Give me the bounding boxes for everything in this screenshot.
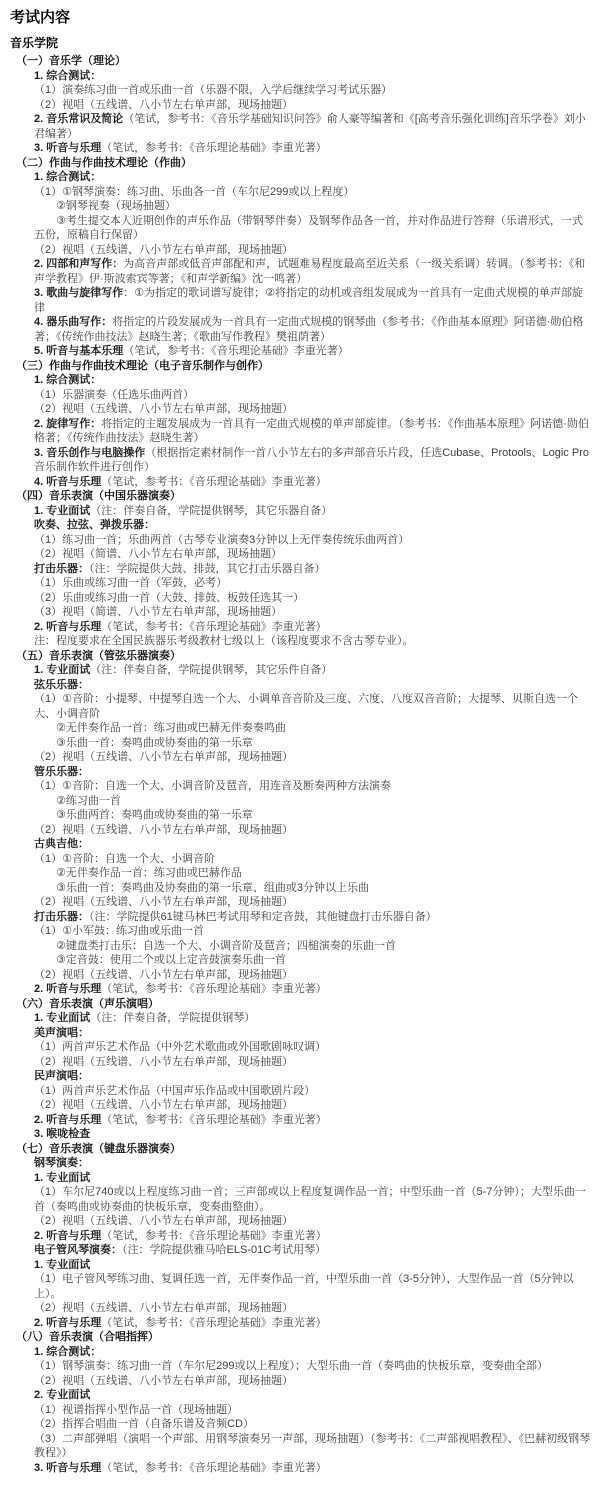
doc-line: （2）视唱（五线谱、八小节左右单声部，现场抽题）: [34, 1055, 592, 1070]
text-run: （1）两首声乐艺术作品（中国声乐作品或中国歌剧片段）: [34, 1085, 315, 1097]
doc-line: 古典吉他：: [34, 837, 592, 852]
doc-line: 2. 听音与乐理（笔试，参考书：《音乐理论基础》李重光著）: [34, 1316, 592, 1331]
section-heading: （二）作曲与作曲技术理论（作曲）: [16, 156, 592, 171]
text-run: （3）视唱（简谱、八小节左右单声部，现场抽题）: [34, 606, 282, 618]
doc-line: （1）①小军鼓：练习曲或乐曲一首: [34, 924, 592, 939]
bold-text-run: 民声演唱：: [34, 1070, 89, 1082]
text-run: （2）视唱（五线谱、八小节左右单声部，现场抽题）: [34, 969, 293, 981]
text-run: 注：程度要求在全国民族器乐考级教材七级以上（该程度要求不含古琴专业）。: [34, 635, 414, 647]
doc-line: （1）练习曲一首；乐曲两首（古琴专业演奏3分钟以上无伴奏传统乐曲两首）: [34, 533, 592, 548]
text-run: （注：伴奏自备，学院提供钢琴，其它乐件自备）: [90, 664, 332, 676]
bold-text-run: 3. 喉咙检查: [34, 1128, 90, 1140]
section-heading: （三）作曲与作曲技术理论（电子音乐制作与创作）: [16, 359, 592, 374]
doc-line: （1）钢琴演奏：练习曲一首（车尔尼299或以上程度）；大型乐曲一首（奏鸣曲的快板…: [34, 1359, 592, 1374]
text-run: （2）指挥合唱曲一首（自备乐谱及音频CD）: [34, 1418, 254, 1430]
text-run: （注：伴奏自备，学院提供钢琴，其它乐器自备）: [90, 505, 332, 517]
text-run: （1）①小军鼓：练习曲或乐曲一首: [34, 925, 204, 937]
bold-text-run: 4. 听音与乐理: [34, 476, 101, 488]
text-run: （2）视唱（五线谱、八小节左右单声部，现场抽题）: [34, 1302, 293, 1314]
bold-text-run: 2. 音乐常识及简论: [34, 113, 123, 125]
doc-line: 打击乐器：（注：学院提供61键马林巴考试用琴和定音鼓，其他键盘打击乐器自备）: [34, 910, 592, 925]
bold-text-run: 钢琴演奏：: [34, 1157, 89, 1169]
doc-line: （2）视唱（五线谱、八小节左右单声部，现场抽题）: [34, 402, 592, 417]
text-run: （2）视唱（五线谱、八小节左右单声部，现场抽题）: [34, 244, 293, 256]
bold-text-run: 打击乐器：: [34, 911, 89, 923]
text-run: （3）二声部弹唱（演唱一个声部、用钢琴演奏另一声部，现场抽题）（参考书：《二声部…: [34, 1433, 590, 1460]
doc-line: 管乐乐器：: [34, 765, 592, 780]
doc-line: （1）乐曲或练习曲一首（军鼓，必考）: [34, 576, 592, 591]
bold-text-run: 1. 综合测试：: [34, 70, 101, 82]
doc-line: （2）指挥合唱曲一首（自备乐谱及音频CD）: [34, 1417, 592, 1432]
bold-text-run: 1. 专业面试: [34, 1259, 90, 1271]
doc-line: 1. 综合测试：: [34, 1345, 592, 1360]
doc-line: （2）视唱（五线谱、八小节左右单声部，现场抽题）: [34, 243, 592, 258]
doc-line: 钢琴演奏：: [34, 1156, 592, 1171]
bold-text-run: 2. 专业面试: [34, 1389, 90, 1401]
doc-subline: ③定音鼓：使用二个或以上定音鼓演奏乐曲一首: [34, 953, 592, 968]
text-run: （笔试，参考书：《音乐理论基础》李重光著）: [101, 1114, 327, 1126]
doc-line: 5. 听音与基本乐理（笔试，参考书：《音乐理论基础》李重光著）: [34, 344, 592, 359]
doc-line: （1）乐器演奏（任选乐曲两首）: [34, 388, 592, 403]
doc-line: 2. 专业面试: [34, 1388, 592, 1403]
text-run: （1）车尔尼740或以上程度练习曲一首；三声部或以上程度复调作品一首；中型乐曲一…: [34, 1186, 586, 1213]
doc-line: （2）乐曲或练习曲一首（大鼓、排鼓、板鼓任选其一）: [34, 591, 592, 606]
doc-line: 2. 四部和声写作：为高音声部或低音声部配和声，试题难易程度最高至近关系（一级关…: [34, 257, 592, 286]
text-run: ③乐曲两首：奏鸣曲或协奏曲的第一乐章: [56, 809, 253, 821]
section-heading: （五）音乐表演（管弦乐器演奏）: [16, 649, 592, 664]
bold-text-run: 3. 听音与乐理: [34, 142, 101, 154]
sections-container: （一）音乐学（理论）1. 综合测试：（1）演奏练习曲一首或乐曲一首（乐器不限，入…: [34, 54, 592, 1475]
doc-line: 3. 听音与乐理（笔试，参考书：《音乐理论基础》李重光著）: [34, 1461, 592, 1476]
text-run: （2）视唱（五线谱、八小节左右单声部，现场抽题）: [34, 1099, 293, 1111]
doc-line: 2. 音乐常识及简论（笔试，参考书：《音乐学基础知识问答》俞人豪等编著和《[高考…: [34, 112, 592, 141]
text-run: （笔试，参考书：《音乐理论基础》李重光著）: [101, 476, 327, 488]
doc-line: 3. 歌曲与旋律写作：①为指定的歌词谱写旋律；②将指定的动机或音组发展成为一首具…: [34, 286, 592, 315]
doc-line: （1）两首声乐艺术作品（中国声乐作品或中国歌剧片段）: [34, 1084, 592, 1099]
text-run: （1）练习曲一首；乐曲两首（古琴专业演奏3分钟以上无伴奏传统乐曲两首）: [34, 534, 409, 546]
text-run: （注：学院提供大鼓、排鼓，其它打击乐器自备）: [89, 563, 326, 575]
text-run: ③定音鼓：使用二个或以上定音鼓演奏乐曲一首: [56, 954, 286, 966]
bold-text-run: 2. 听音与乐理: [34, 1317, 101, 1329]
doc-line: 电子管风琴演奏：（注：学院提供雅马哈ELS-01C考试用琴）: [34, 1243, 592, 1258]
bold-text-run: 吹奏、拉弦、弹拨乐器：: [34, 519, 155, 531]
bold-text-run: 1. 综合测试：: [34, 1346, 101, 1358]
doc-subline: ②键盘类打击乐：自选一个大、小调音阶及琶音；四槌演奏的乐曲一首: [34, 939, 592, 954]
text-run: ②无伴奏作品一首：练习曲或巴赫无伴奏奏鸣曲: [56, 722, 286, 734]
doc-line: 1. 专业面试: [34, 1258, 592, 1273]
doc-line: （1）两首声乐艺术作品（中外艺术歌曲或外国歌剧咏叹调）: [34, 1040, 592, 1055]
doc-line: （1）①音阶：小提琴、中提琴自选一个大、小调单音音阶及三度、六度、八度双音音阶；…: [34, 692, 592, 721]
doc-line: （2）视唱（五线谱、八小节左右单声部，现场抽题）: [34, 823, 592, 838]
bold-text-run: 2. 四部和声写作：: [34, 258, 123, 270]
doc-subline: ③乐曲一首：奏鸣曲及协奏曲的第一乐章、组曲或3分钟以上乐曲: [34, 881, 592, 896]
text-run: （2）视唱（五线谱、八小节左右单声部，现场抽题）: [34, 1215, 293, 1227]
doc-line: （1）视谱指挥小型作品一首（现场抽题）: [34, 1403, 592, 1418]
text-run: ③乐曲一首：奏鸣曲及协奏曲的第一乐章、组曲或3分钟以上乐曲: [56, 882, 369, 894]
doc-line: （1）电子管风琴练习曲、复调任选一首，无伴奏作品一首，中型乐曲一首（3-5分钟）…: [34, 1272, 592, 1301]
section-heading: （一）音乐学（理论）: [16, 54, 592, 69]
doc-line: 3. 喉咙检查: [34, 1127, 592, 1142]
text-run: ③考生提交本人近期创作的声乐作品（带钢琴伴奏）及钢琴作品各一首，并对作品进行答辩…: [34, 215, 583, 242]
bold-text-run: 1. 综合测试：: [34, 171, 101, 183]
text-run: （2）视唱（五线谱、八小节左右单声部，现场抽题）: [34, 1375, 293, 1387]
doc-line: 1. 综合测试：: [34, 373, 592, 388]
doc-line: 2. 听音与乐理（笔试，参考书：《音乐理论基础》李重光著）: [34, 1113, 592, 1128]
text-run: ②练习曲一首: [56, 795, 121, 807]
text-run: ③乐曲一首：奏鸣曲或协奏曲的第一乐章: [56, 737, 253, 749]
bold-text-run: 2. 听音与乐理: [34, 1114, 101, 1126]
bold-text-run: 3. 歌曲与旋律写作: [34, 287, 123, 299]
text-run: （1）两首声乐艺术作品（中外艺术歌曲或外国歌剧咏叹调）: [34, 1041, 326, 1053]
text-run: ②无伴奏作品一首：练习曲或巴赫作品: [56, 867, 242, 879]
text-run: （2）乐曲或练习曲一首（大鼓、排鼓、板鼓任选其一）: [34, 592, 304, 604]
bold-text-run: 1. 综合测试：: [34, 374, 101, 386]
text-run: 将指定的主题发展成为一首具有一定曲式规模的单声部旋律。（参考书：《作曲基本原理》…: [34, 418, 589, 445]
document: 考试内容 音乐学院 （一）音乐学（理论）1. 综合测试：（1）演奏练习曲一首或乐…: [0, 0, 600, 1489]
doc-line: 3. 音乐创作与电脑操作（根据指定素材制作一首八小节左右的多声部音乐片段，任选C…: [34, 446, 592, 475]
doc-line: 2. 旋律写作：将指定的主题发展成为一首具有一定曲式规模的单声部旋律。（参考书：…: [34, 417, 592, 446]
bold-text-run: 弦乐乐器：: [34, 679, 89, 691]
text-run: （注：学院提供雅马哈ELS-01C考试用琴）: [122, 1244, 326, 1256]
bold-text-run: 2. 听音与乐理: [34, 983, 101, 995]
text-run: （笔试，参考书：《音乐理论基础》李重光著）: [101, 1462, 327, 1474]
doc-line: （3）视唱（简谱、八小节左右单声部，现场抽题）: [34, 605, 592, 620]
doc-line: （1）①钢琴演奏：练习曲、乐曲各一首（车尔尼299或以上程度）: [34, 185, 592, 200]
text-run: （2）视唱（五线谱、八小节左右单声部，现场抽题）: [34, 824, 293, 836]
text-run: （2）视唱（五线谱、八小节左右单声部，现场抽题）: [34, 403, 293, 415]
doc-line: 注：程度要求在全国民族器乐考级教材七级以上（该程度要求不含古琴专业）。: [34, 634, 592, 649]
doc-line: （1）①音阶：自选一个大、小调音阶及琶音，用连音及断奏两种方法演奏: [34, 779, 592, 794]
text-run: （注：学院提供61键马林巴考试用琴和定音鼓，其他键盘打击乐器自备）: [89, 911, 437, 923]
doc-line: 2. 听音与乐理（笔试，参考书：《音乐理论基础》李重光著）: [34, 1229, 592, 1244]
doc-line: 3. 听音与乐理（笔试，参考书：《音乐理论基础》李重光著）: [34, 141, 592, 156]
bold-text-run: 美声演唱：: [34, 1027, 89, 1039]
bold-text-run: 古典吉他：: [34, 838, 89, 850]
doc-line: 2. 听音与乐理（笔试，参考书：《音乐理论基础》李重光著）: [34, 982, 592, 997]
doc-line: （1）①音阶：自选一个大、小调音阶: [34, 852, 592, 867]
bold-text-run: 2. 听音与乐理: [34, 621, 101, 633]
doc-subline: ③考生提交本人近期创作的声乐作品（带钢琴伴奏）及钢琴作品各一首，并对作品进行答辩…: [34, 214, 592, 243]
doc-line: 4. 听音与乐理（笔试，参考书：《音乐理论基础》李重光著）: [34, 475, 592, 490]
text-run: （笔试，参考书：《音乐理论基础》李重光著）: [101, 1230, 327, 1242]
doc-subline: ③乐曲一首：奏鸣曲或协奏曲的第一乐章: [34, 736, 592, 751]
doc-line: （2）视唱（五线谱、八小节左右单声部，现场抽题）: [34, 895, 592, 910]
text-run: （1）演奏练习曲一首或乐曲一首（乐器不限，入学后继续学习考试乐器）: [34, 84, 392, 96]
doc-line: （1）车尔尼740或以上程度练习曲一首；三声部或以上程度复调作品一首；中型乐曲一…: [34, 1185, 592, 1214]
college-name: 音乐学院: [10, 36, 592, 51]
doc-subline: ②无伴奏作品一首：练习曲或巴赫无伴奏奏鸣曲: [34, 721, 592, 736]
doc-line: 美声演唱：: [34, 1026, 592, 1041]
text-run: （2）视唱（五线谱、八小节左右单声部，现场抽题）: [34, 896, 293, 908]
doc-line: （2）视唱（五线谱、八小节左右单声部，现场抽题）: [34, 1214, 592, 1229]
doc-line: 1. 综合测试：: [34, 170, 592, 185]
text-run: （1）电子管风琴练习曲、复调任选一首，无伴奏作品一首，中型乐曲一首（3-5分钟）…: [34, 1273, 574, 1300]
bold-text-run: 3. 听音与乐理: [34, 1462, 101, 1474]
text-run: （笔试，参考书：《音乐理论基础》李重光著）: [101, 983, 327, 995]
text-run: （1）①音阶：自选一个大、小调音阶及琶音，用连音及断奏两种方法演奏: [34, 780, 391, 792]
bold-text-run: 1. 专业面试: [34, 664, 90, 676]
text-run: （1）视谱指挥小型作品一首（现场抽题）: [34, 1404, 238, 1416]
section-heading: （八）音乐表演（合唱指挥）: [16, 1330, 592, 1345]
doc-line: 1. 专业面试（注：伴奏自备，学院提供钢琴，其它乐器自备）: [34, 504, 592, 519]
doc-line: （2）视唱（五线谱、八小节左右单声部，现场抽题）: [34, 98, 592, 113]
doc-line: 1. 专业面试: [34, 1171, 592, 1186]
section-heading: （六）音乐表演（声乐演唱）: [16, 997, 592, 1012]
doc-subline: ②无伴奏作品一首：练习曲或巴赫作品: [34, 866, 592, 881]
text-run: （1）①钢琴演奏：练习曲、乐曲各一首（车尔尼299或以上程度）: [34, 186, 354, 198]
text-run: （1）乐曲或练习曲一首（军鼓，必考）: [34, 577, 227, 589]
doc-line: 1. 综合测试：: [34, 69, 592, 84]
bold-text-run: 1. 专业面试: [34, 1172, 90, 1184]
text-run: （注：伴奏自备，学院提供钢琴）: [90, 1012, 255, 1024]
bold-text-run: 管乐乐器：: [34, 766, 89, 778]
bold-text-run: 电子管风琴演奏：: [34, 1244, 122, 1256]
doc-line: 打击乐器：（注：学院提供大鼓、排鼓，其它打击乐器自备）: [34, 562, 592, 577]
section-heading: （四）音乐表演（中国乐器演奏）: [16, 489, 592, 504]
text-run: ②键盘类打击乐：自选一个大、小调音阶及琶音；四槌演奏的乐曲一首: [56, 940, 396, 952]
bold-text-run: 打击乐器：: [34, 563, 89, 575]
doc-line: （1）演奏练习曲一首或乐曲一首（乐器不限，入学后继续学习考试乐器）: [34, 83, 592, 98]
text-run: ②钢琴视奏（现场抽题）: [56, 200, 176, 212]
doc-line: 4. 器乐曲写作：将指定的片段发展成为一首具有一定曲式规模的钢琴曲（参考书：《作…: [34, 315, 592, 344]
doc-line: 民声演唱：: [34, 1069, 592, 1084]
doc-line: 1. 专业面试（注：伴奏自备，学院提供钢琴）: [34, 1011, 592, 1026]
doc-line: （2）视唱（五线谱、八小节左右单声部，现场抽题）: [34, 750, 592, 765]
doc-subline: ②练习曲一首: [34, 794, 592, 809]
text-run: 将指定的片段发展成为一首具有一定曲式规模的钢琴曲（参考书：《作曲基本原理》阿诺德…: [34, 316, 583, 343]
text-run: （1）乐器演奏（任选乐曲两首）: [34, 389, 194, 401]
doc-line: （2）视唱（五线谱、八小节左右单声部，现场抽题）: [34, 1301, 592, 1316]
bold-text-run: 1. 专业面试: [34, 505, 90, 517]
bold-text-run: 5. 听音与基本乐理: [34, 345, 123, 357]
text-run: （1）①音阶：小提琴、中提琴自选一个大、小调单音音阶及三度、六度、八度双音音阶；…: [34, 693, 578, 720]
bold-text-run: 1. 专业面试: [34, 1012, 90, 1024]
text-run: （1）钢琴演奏：练习曲一首（车尔尼299或以上程度）；大型乐曲一首（奏鸣曲的快板…: [34, 1360, 548, 1372]
text-run: （2）视唱（五线谱、八小节左右单声部，现场抽题）: [34, 1056, 293, 1068]
page-title: 考试内容: [10, 4, 592, 27]
text-run: （笔试，参考书：《音乐理论基础》李重光著）: [101, 1317, 327, 1329]
doc-line: （2）视唱（五线谱、八小节左右单声部，现场抽题）: [34, 1098, 592, 1113]
doc-line: 吹奏、拉弦、弹拨乐器：: [34, 518, 592, 533]
text-run: （2）视唱（五线谱、八小节左右单声部，现场抽题）: [34, 751, 293, 763]
doc-line: （3）二声部弹唱（演唱一个声部、用钢琴演奏另一声部，现场抽题）（参考书：《二声部…: [34, 1432, 592, 1461]
text-run: （1）①音阶：自选一个大、小调音阶: [34, 853, 215, 865]
bold-text-run: 2. 旋律写作：: [34, 418, 101, 430]
text-run: （笔试，参考书：《音乐理论基础》李重光著）: [101, 142, 327, 154]
text-run: （笔试，参考书：《音乐理论基础》李重光著）: [123, 345, 349, 357]
text-run: （2）视唱（五线谱、八小节左右单声部，现场抽题）: [34, 99, 293, 111]
bold-text-run: 2. 听音与乐理: [34, 1230, 101, 1242]
text-run: （笔试，参考书：《音乐理论基础》李重光著）: [101, 621, 327, 633]
bold-text-run: 3. 音乐创作与电脑操作: [34, 447, 145, 459]
doc-line: 弦乐乐器：: [34, 678, 592, 693]
doc-line: （2）视唱（简谱、八小节左右单声部，现场抽题）: [34, 547, 592, 562]
doc-subline: ③乐曲两首：奏鸣曲或协奏曲的第一乐章: [34, 808, 592, 823]
doc-subline: ②钢琴视奏（现场抽题）: [34, 199, 592, 214]
doc-line: （2）视唱（五线谱、八小节左右单声部，现场抽题）: [34, 1374, 592, 1389]
bold-text-run: 4. 器乐曲写作：: [34, 316, 112, 328]
section-heading: （七）音乐表演（键盘乐器演奏）: [16, 1142, 592, 1157]
doc-line: 1. 专业面试（注：伴奏自备，学院提供钢琴，其它乐件自备）: [34, 663, 592, 678]
doc-line: （2）视唱（五线谱、八小节左右单声部，现场抽题）: [34, 968, 592, 983]
text-run: （2）视唱（简谱、八小节左右单声部，现场抽题）: [34, 548, 282, 560]
doc-line: 2. 听音与乐理（笔试，参考书：《音乐理论基础》李重光著）: [34, 620, 592, 635]
